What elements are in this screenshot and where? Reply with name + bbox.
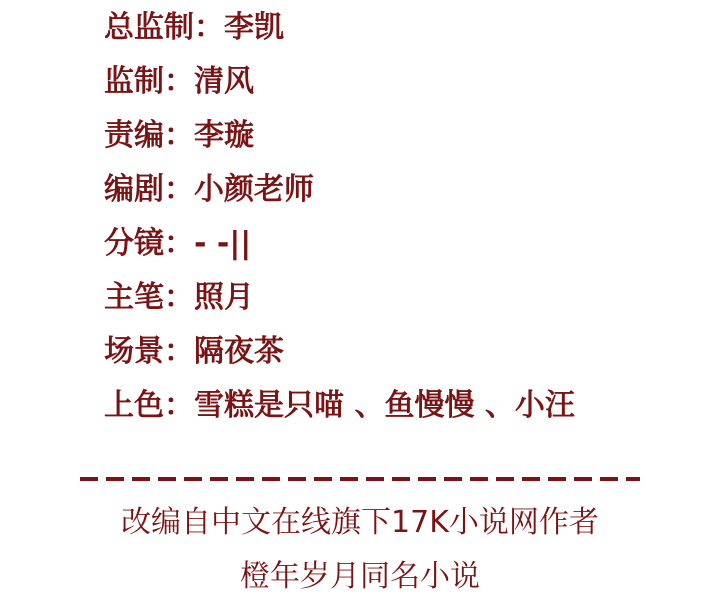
credit-lead-artist: 主笔：照月 <box>104 280 575 334</box>
credit-screenwriter: 编剧：小颜老师 <box>104 172 575 226</box>
credit-colorist: 上色：雪糕是只喵 、鱼慢慢 、小汪 <box>104 388 575 442</box>
credit-role: 责编 <box>104 118 164 153</box>
credit-separator: ： <box>164 388 194 423</box>
credit-name: 照月 <box>194 280 254 315</box>
credit-supervisor: 监制：清风 <box>104 64 575 118</box>
credit-separator: ： <box>164 226 194 261</box>
credit-name: 隔夜茶 <box>194 334 284 369</box>
source-attribution-line1: 改编自中文在线旗下17K小说网作者 <box>0 503 720 543</box>
credit-background-artist: 场景：隔夜茶 <box>104 334 575 388</box>
credit-separator: ： <box>164 118 194 153</box>
credit-name: 李凯 <box>224 10 284 45</box>
dashed-divider <box>80 477 640 481</box>
credit-role: 总监制 <box>104 10 194 45</box>
credit-name: 小颜老师 <box>194 172 314 207</box>
credit-role: 场景 <box>104 334 164 369</box>
credit-name: 李璇 <box>194 118 254 153</box>
credit-name: 雪糕是只喵 、鱼慢慢 、小汪 <box>194 388 575 423</box>
credit-role: 监制 <box>104 64 164 99</box>
credit-name: 清风 <box>194 64 254 99</box>
credit-role: 主笔 <box>104 280 164 315</box>
credit-separator: ： <box>194 10 224 45</box>
credit-separator: ： <box>164 280 194 315</box>
credits-list: 总监制：李凯 监制：清风 责编：李璇 编剧：小颜老师 分镜：- -|| 主笔：照… <box>104 10 575 442</box>
credit-separator: ： <box>164 334 194 369</box>
credit-storyboard: 分镜：- -|| <box>104 226 575 280</box>
credit-name: - -|| <box>194 226 251 261</box>
source-attribution-line2: 橙年岁月同名小说 <box>0 557 720 597</box>
credit-separator: ： <box>164 172 194 207</box>
credit-separator: ： <box>164 64 194 99</box>
credit-role: 上色 <box>104 388 164 423</box>
credit-editor: 责编：李璇 <box>104 118 575 172</box>
credit-role: 编剧 <box>104 172 164 207</box>
credit-role: 分镜 <box>104 226 164 261</box>
credit-chief-supervisor: 总监制：李凯 <box>104 10 575 64</box>
